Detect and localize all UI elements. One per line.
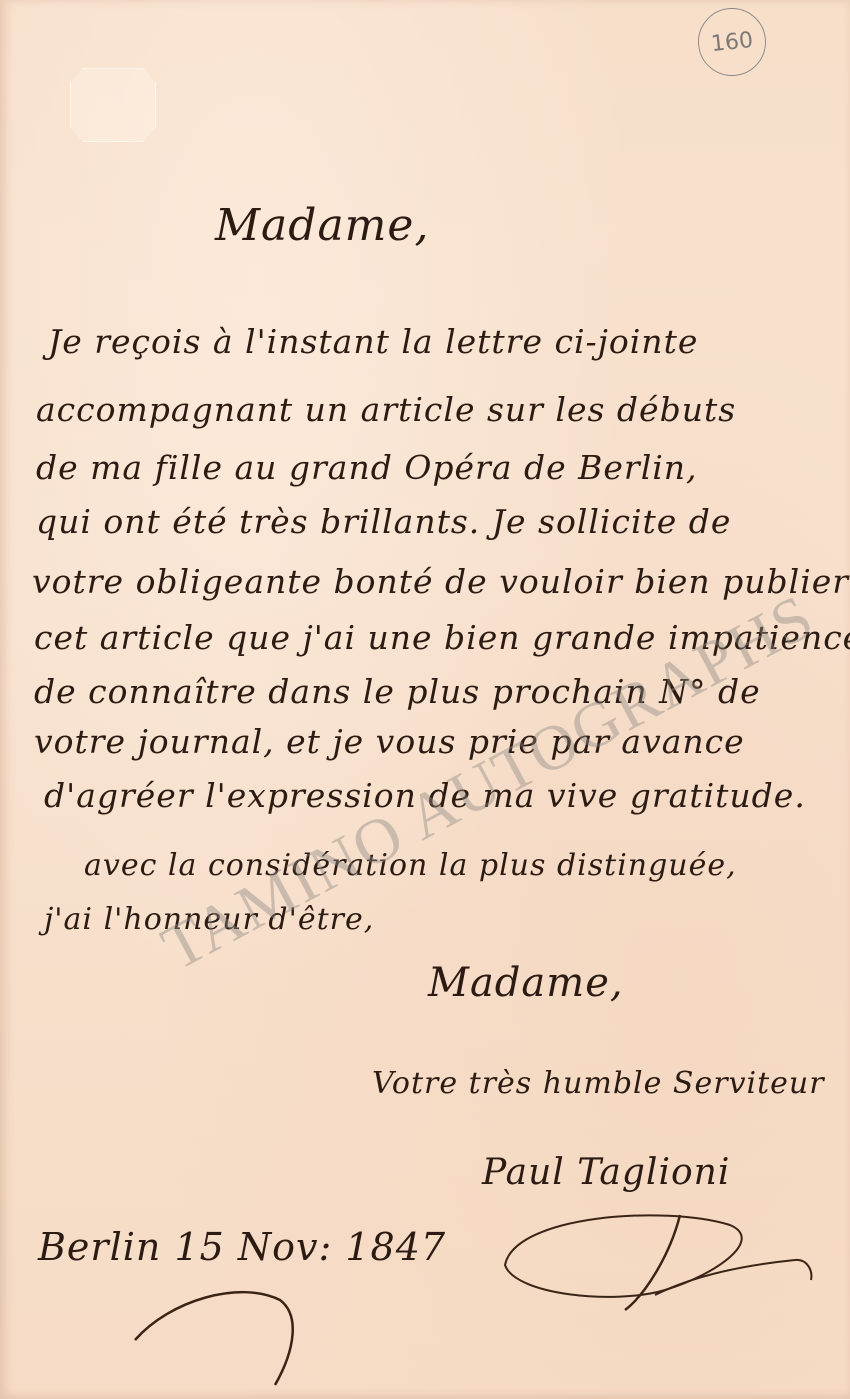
body-line-5: votre obligeante bonté de vouloir bien p… (32, 562, 849, 601)
body-line-4: qui ont été très brillants. Je sollicite… (36, 502, 731, 541)
archive-number-circle: 160 (695, 5, 770, 80)
letter-page: 160 Madame, Je reçois à l'instant la let… (0, 0, 850, 1399)
signature-flourish-icon (495, 1195, 825, 1325)
salutation: Madame, (215, 200, 429, 251)
valediction: Votre très humble Serviteur (372, 1066, 825, 1101)
date-flourish-icon (130, 1280, 330, 1390)
archive-number: 160 (710, 27, 754, 56)
embossed-stamp (70, 68, 156, 142)
body-line-2: accompagnant un article sur les débuts (36, 390, 736, 429)
signature: Paul Taglioni (482, 1152, 730, 1193)
closing-salutation: Madame, (428, 960, 624, 1006)
dateline: Berlin 15 Nov: 1847 (38, 1225, 446, 1269)
body-line-1: Je reçois à l'instant la lettre ci-joint… (48, 322, 698, 361)
body-line-3: de ma fille au grand Opéra de Berlin, (36, 448, 698, 487)
